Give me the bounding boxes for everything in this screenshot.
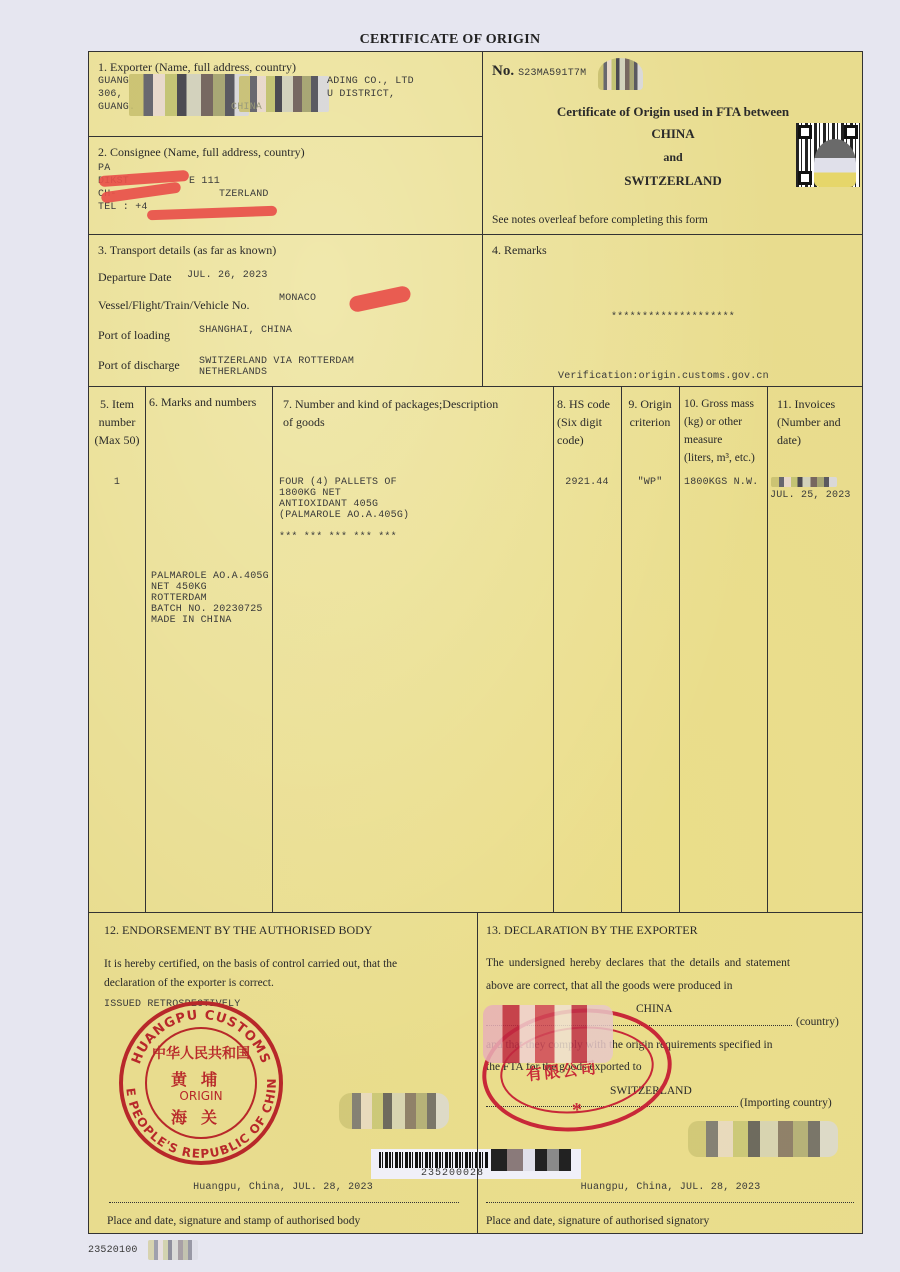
header-item-number: 5. Item number (Max 50) (89, 395, 145, 449)
remarks-box: 4. Remarks ******************** Verifica… (482, 234, 862, 386)
vessel-label: Vessel/Flight/Train/Vehicle No. (98, 298, 250, 313)
header-text: 10. Gross mass (684, 395, 755, 413)
description-line: (PALMAROLE AO.A.405G) (279, 510, 409, 521)
header-text: 9. Origin (621, 395, 679, 413)
certificate-form: 1. Exporter (Name, full address, country… (88, 51, 863, 1234)
description-line: FOUR (4) PALLETS OF (279, 477, 409, 488)
fta-title: Certificate of Origin used in FTA betwee… (483, 104, 863, 120)
declaration-text-1: The undersigned hereby declares that the… (486, 956, 790, 971)
header-text: (liters, m³, etc.) (684, 449, 755, 467)
header-text: 5. Item (89, 395, 145, 413)
endorsement-text-1: It is hereby certified, on the basis of … (104, 957, 397, 972)
marks-cell: PALMAROLE AO.A.405G NET 450KG ROTTERDAM … (151, 571, 269, 626)
endorsement-footer: Place and date, signature and stamp of a… (107, 1214, 360, 1229)
endorsement-label: 12. ENDORSEMENT BY THE AUTHORISED BODY (104, 923, 372, 938)
certificate-header-box: No. S23MA591T7M Certificate of Origin us… (482, 52, 862, 234)
footer-serial: 23520100 (88, 1245, 138, 1256)
stamp-cn-mid: 黄埔 (123, 1067, 279, 1090)
header-text: (Six digit (557, 413, 610, 431)
header-text: (kg) or other (684, 413, 755, 431)
description-line: *** *** *** *** *** (279, 532, 409, 543)
header-text: 8. HS code (557, 395, 610, 413)
header-text: of goods (283, 413, 498, 431)
exporter-line-2: 306, (98, 89, 123, 100)
column-divider (145, 387, 146, 913)
description-line: 1800KG NET (279, 488, 409, 499)
stamp-cn-top: 中华人民共和国 (123, 1043, 279, 1063)
departure-date-label: Departure Date (98, 270, 172, 285)
description-cell: FOUR (4) PALLETS OF 1800KG NET ANTIOXIDA… (279, 477, 409, 543)
header-hs-code: 8. HS code (Six digit code) (557, 395, 610, 449)
header-text: measure (684, 431, 755, 449)
description-spacer (279, 521, 409, 532)
transport-label: 3. Transport details (as far as known) (98, 243, 276, 258)
column-divider (679, 387, 680, 913)
signature-blur (688, 1121, 838, 1157)
gross-mass-cell: 1800KGS N.W. (684, 477, 758, 488)
signature-blur (339, 1093, 449, 1129)
exporter-line-3-suffix: CHINA (231, 102, 262, 113)
marks-line: BATCH NO. 20230725 (151, 604, 269, 615)
country-suffix: (country) (796, 1015, 839, 1030)
qr-code-icon[interactable] (796, 123, 860, 187)
header-text: code) (557, 431, 610, 449)
remarks-stars: ******************** (483, 312, 863, 323)
barcode-number: 235200028 (421, 1168, 484, 1179)
redaction-mark (147, 206, 277, 221)
declaration-footer: Place and date, signature of authorised … (486, 1214, 709, 1229)
marks-line: MADE IN CHINA (151, 615, 269, 626)
declaration-place-date: Huangpu, China, JUL. 28, 2023 (478, 1182, 863, 1193)
declaration-text-2: above are correct, that all the goods we… (486, 979, 733, 994)
consignee-line-2-suffix: E 111 (189, 176, 220, 187)
redaction-mark (348, 285, 412, 314)
customs-stamp: HUANGPU CUSTOMS THE PEOPLE'S REPUBLIC OF… (119, 1001, 283, 1165)
header-gross-mass: 10. Gross mass (kg) or other measure (li… (684, 395, 755, 467)
consignee-line-3-suffix: TZERLAND (219, 189, 269, 200)
header-text: criterion (621, 413, 679, 431)
endorsement-place-date: Huangpu, China, JUL. 28, 2023 (89, 1182, 477, 1193)
remarks-label: 4. Remarks (492, 243, 547, 258)
exporter-line-1: GUANG (98, 76, 129, 87)
signatory-line (486, 1202, 854, 1203)
stamp-origin: ORIGIN (123, 1089, 279, 1103)
header-text: (Max 50) (89, 431, 145, 449)
barcode-bars-icon (379, 1152, 489, 1168)
exporter-label: 1. Exporter (Name, full address, country… (98, 60, 296, 75)
produced-country: CHINA (636, 1002, 672, 1017)
item-number-cell: 1 (89, 477, 145, 488)
certificate-number: No. S23MA591T7M (492, 62, 586, 80)
port-discharge-value-2: NETHERLANDS (199, 367, 267, 378)
certificate-number-value: S23MA591T7M (518, 68, 586, 79)
marks-line: ROTTERDAM (151, 593, 269, 604)
vessel-value: MONACO (279, 293, 316, 304)
header-text: (Number and (777, 413, 841, 431)
marks-line: PALMAROLE AO.A.405G (151, 571, 269, 582)
header-origin-criterion: 9. Origin criterion (621, 395, 679, 431)
exporter-line-1-suffix: ADING CO., LTD (327, 76, 414, 87)
port-discharge-value-1: SWITZERLAND VIA ROTTERDAM (199, 356, 354, 367)
header-text: date) (777, 431, 841, 449)
declaration-label: 13. DECLARATION BY THE EXPORTER (486, 923, 698, 938)
document-title: CERTIFICATE OF ORIGIN (0, 32, 900, 48)
exporter-box: 1. Exporter (Name, full address, country… (89, 52, 482, 136)
endorsement-text-2: declaration of the exporter is correct. (104, 976, 274, 991)
consignee-label: 2. Consignee (Name, full address, countr… (98, 145, 305, 160)
signature-line (109, 1202, 459, 1203)
consignee-line-1: PA (98, 163, 110, 174)
column-divider (272, 387, 273, 913)
redaction-blur (598, 58, 643, 90)
certificate-number-label: No. (492, 63, 514, 79)
declaration-box: 13. DECLARATION BY THE EXPORTER The unde… (477, 912, 862, 1233)
column-divider (767, 387, 768, 913)
port-discharge-label: Port of discharge (98, 358, 180, 373)
header-description: 7. Number and kind of packages;Descripti… (283, 395, 498, 431)
redaction-blur (771, 477, 837, 487)
invoice-date-cell: JUL. 25, 2023 (770, 490, 851, 501)
consignee-box: 2. Consignee (Name, full address, countr… (89, 136, 482, 234)
endorsement-box: 12. ENDORSEMENT BY THE AUTHORISED BODY I… (89, 912, 477, 1233)
header-text: 7. Number and kind of packages;Descripti… (283, 395, 498, 413)
header-text: number (89, 413, 145, 431)
column-divider (553, 387, 554, 913)
marks-line: NET 450KG (151, 582, 269, 593)
departure-date-value: JUL. 26, 2023 (187, 270, 268, 281)
port-loading-value: SHANGHAI, CHINA (199, 325, 292, 336)
hs-code-cell: 2921.44 (553, 477, 621, 488)
goods-table: 5. Item number (Max 50) 6. Marks and num… (89, 386, 862, 912)
column-divider (621, 387, 622, 913)
verification-url: Verification:origin.customs.gov.cn (558, 371, 769, 382)
transport-box: 3. Transport details (as far as known) D… (89, 234, 482, 386)
overleaf-note: See notes overleaf before completing thi… (492, 213, 708, 228)
consignee-line-4: TEL : +4 (98, 202, 148, 213)
origin-criterion-cell: "WP" (621, 477, 679, 488)
port-loading-label: Port of loading (98, 328, 170, 343)
company-name-blur (483, 1005, 613, 1063)
description-line: ANTIOXIDANT 405G (279, 499, 409, 510)
exporter-line-2-suffix: U DISTRICT, (327, 89, 395, 100)
redaction-blur (148, 1240, 198, 1260)
stamp-cn-bottom: 海关 (123, 1105, 279, 1128)
header-text: 11. Invoices (777, 395, 841, 413)
header-invoices: 11. Invoices (Number and date) (777, 395, 841, 449)
importing-suffix: (Importing country) (740, 1096, 832, 1111)
header-marks: 6. Marks and numbers (149, 395, 256, 410)
